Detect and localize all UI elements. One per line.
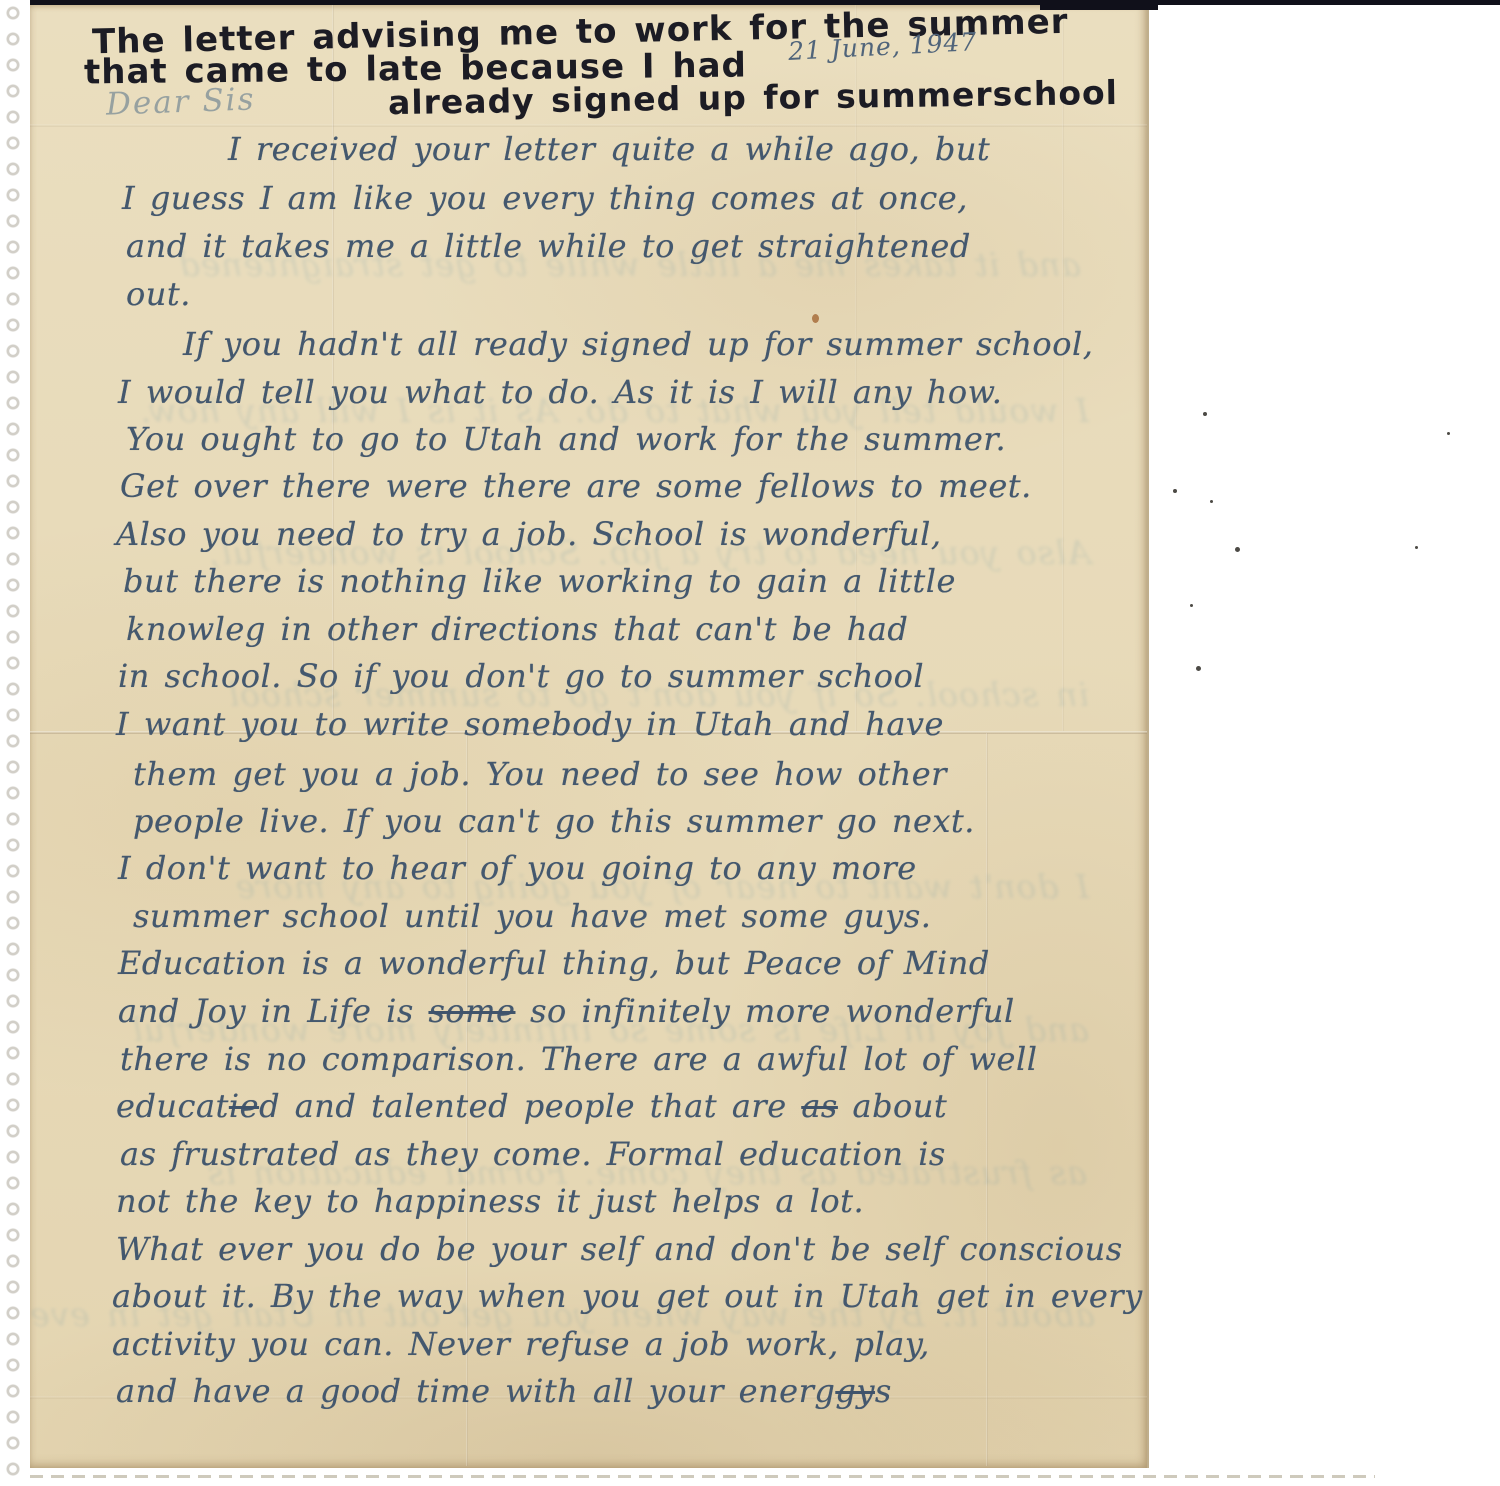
scan-speck	[1196, 666, 1201, 671]
letter-line: I guess I am like you every thing comes …	[122, 179, 968, 217]
letter-line: You ought to go to Utah and work for the…	[126, 420, 1006, 458]
letter-line: not the key to happiness it just helps a…	[116, 1182, 864, 1220]
scan-speck	[1415, 546, 1418, 549]
scan-speck	[1190, 604, 1193, 607]
letter-line: as frustrated as they come. Formal educa…	[120, 1135, 946, 1173]
letter-line: I want you to write somebody in Utah and…	[116, 705, 944, 743]
letter-line: activity you can. Never refuse a job wor…	[112, 1325, 930, 1363]
letter-line: there is no comparison. There are a awfu…	[120, 1040, 1037, 1078]
scan-speck	[1210, 500, 1213, 503]
scan-speck	[1235, 547, 1240, 552]
perforation-strip	[0, 0, 30, 1486]
letter-line: knowleg in other directions that can't b…	[126, 610, 908, 648]
scan-speck	[1203, 412, 1207, 416]
letter-line: about it. By the way when you get out in…	[112, 1277, 1143, 1315]
letter-line: people live. If you can't go this summer…	[133, 802, 975, 840]
letter-line: summer school until you have met some gu…	[133, 897, 931, 935]
letter-line: Get over there were there are some fello…	[120, 467, 1032, 505]
letter-line: Also you need to try a job. School is wo…	[116, 515, 942, 553]
perforation-dashes	[30, 1475, 1375, 1478]
scan-speck	[1447, 432, 1450, 435]
letter-line: I don't want to hear of you going to any…	[118, 849, 917, 887]
scanned-letter-page: and it takes me a little while to get st…	[0, 0, 1500, 1486]
letter-salutation: Dear Sis	[105, 81, 256, 122]
scan-speck	[1173, 489, 1177, 493]
scan-edge-notch	[1040, 0, 1158, 10]
letter-line: and Joy in Life is some so infinitely mo…	[118, 992, 1015, 1030]
letter-line: Education is a wonderful thing, but Peac…	[118, 944, 990, 982]
letter-line: educatied and talented people that are a…	[116, 1087, 947, 1125]
letter-line: out.	[126, 275, 191, 313]
scan-edge-top	[0, 0, 1500, 5]
letter-line: and it takes me a little while to get st…	[126, 227, 971, 265]
letter-line: but there is nothing like working to gai…	[123, 562, 956, 600]
letter-line: If you hadn't all ready signed up for su…	[183, 325, 1093, 363]
letter-line: and have a good time with all your energ…	[116, 1372, 892, 1410]
letter-line: I would tell you what to do. As it is I …	[118, 373, 1002, 411]
handwriting-layer: The letter advising me to work for the s…	[0, 0, 1500, 1486]
letter-line: What ever you do be your self and don't …	[116, 1230, 1123, 1268]
letter-line: them get you a job. You need to see how …	[133, 755, 947, 793]
letter-line: in school. So if you don't go to summer …	[118, 657, 924, 695]
letter-line: I received your letter quite a while ago…	[228, 130, 990, 168]
